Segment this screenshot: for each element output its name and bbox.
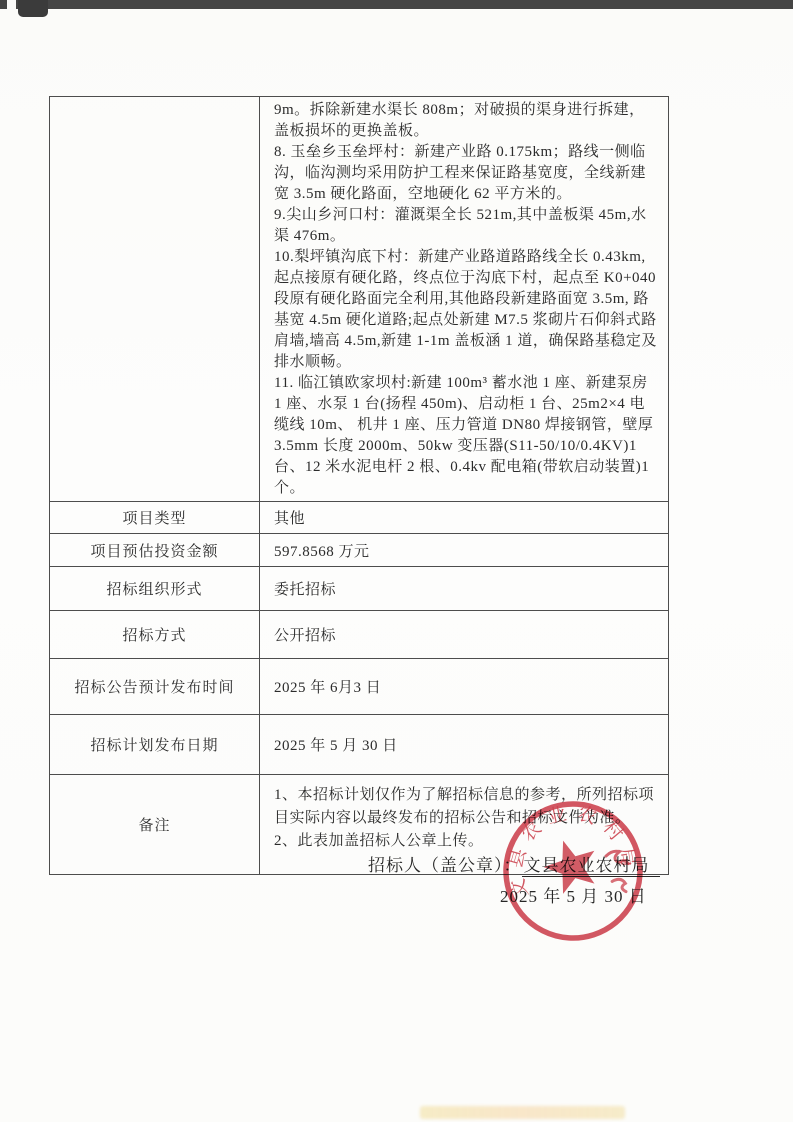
row-label-plan-publish-date: 招标计划发布日期 bbox=[50, 715, 260, 775]
row-value-announcement-date: 2025 年 6月3 日 bbox=[260, 659, 669, 715]
content-label-cell bbox=[50, 97, 260, 502]
scan-edge-artifact bbox=[0, 0, 793, 9]
content-paragraph: 9m。拆除新建水渠长 808m；对破损的渠身进行拆建，盖板损坏的更换盖板。 bbox=[274, 100, 658, 142]
table-row: 9m。拆除新建水渠长 808m；对破损的渠身进行拆建，盖板损坏的更换盖板。 8.… bbox=[50, 97, 669, 502]
row-value-bid-method: 公开招标 bbox=[260, 611, 669, 659]
bid-plan-table: 9m。拆除新建水渠长 808m；对破损的渠身进行拆建，盖板损坏的更换盖板。 8.… bbox=[49, 96, 669, 875]
row-label-remarks: 备注 bbox=[50, 775, 260, 875]
scanned-document-page: 9m。拆除新建水渠长 808m；对破损的渠身进行拆建，盖板损坏的更换盖板。 8.… bbox=[0, 0, 793, 1122]
content-paragraph: 8. 玉垒乡玉垒坪村：新建产业路 0.175km；路线一侧临沟，临沟测均采用防护… bbox=[274, 142, 658, 205]
project-content-cell: 9m。拆除新建水渠长 808m；对破损的渠身进行拆建，盖板损坏的更换盖板。 8.… bbox=[260, 97, 669, 502]
row-value-project-type: 其他 bbox=[260, 502, 669, 534]
remark-line: 1、本招标计划仅作为了解招标信息的参考，所列招标项目实际内容以最终发布的招标公告… bbox=[274, 784, 658, 830]
table-row: 招标方式 公开招标 bbox=[50, 611, 669, 659]
tenderer-name: 文县农业农村局 bbox=[522, 856, 660, 877]
scan-edge-artifact-left bbox=[18, 0, 48, 17]
scan-edge-notch bbox=[7, 0, 16, 9]
row-label-bid-method: 招标方式 bbox=[50, 611, 260, 659]
remark-line: 2、此表加盖招标人公章上传。 bbox=[274, 830, 658, 853]
row-label-estimated-investment: 项目预估投资金额 bbox=[50, 534, 260, 567]
table-row: 招标公告预计发布时间 2025 年 6月3 日 bbox=[50, 659, 669, 715]
row-value-plan-publish-date: 2025 年 5 月 30 日 bbox=[260, 715, 669, 775]
tenderer-label: 招标人（盖公章）： bbox=[368, 856, 522, 875]
row-label-announcement-date: 招标公告预计发布时间 bbox=[50, 659, 260, 715]
table-row: 招标计划发布日期 2025 年 5 月 30 日 bbox=[50, 715, 669, 775]
table-row: 招标组织形式 委托招标 bbox=[50, 567, 669, 611]
signature-date: 2025 年 5 月 30 日 bbox=[500, 882, 660, 907]
content-paragraph: 11. 临江镇欧家坝村:新建 100m³ 蓄水池 1 座、新建泵房 1 座、水泵… bbox=[274, 373, 658, 499]
content-paragraph: 10.梨坪镇沟底下村：新建产业路道路路线全长 0.43km,起点接原有硬化路，终… bbox=[274, 247, 658, 373]
table-row: 项目类型 其他 bbox=[50, 502, 669, 534]
content-paragraph: 9.尖山乡河口村：灌溉渠全长 521m,其中盖板渠 45m,水渠 476m。 bbox=[274, 205, 658, 247]
row-value-estimated-investment: 597.8568 万元 bbox=[260, 534, 669, 567]
scan-smudge-artifact bbox=[420, 1106, 625, 1119]
table-row: 项目预估投资金额 597.8568 万元 bbox=[50, 534, 669, 567]
signature-block: 招标人（盖公章）：文县农业农村局 2025 年 5 月 30 日 bbox=[368, 851, 660, 907]
row-value-org-form: 委托招标 bbox=[260, 567, 669, 611]
tenderer-line: 招标人（盖公章）：文县农业农村局 bbox=[368, 851, 660, 876]
row-label-project-type: 项目类型 bbox=[50, 502, 260, 534]
row-label-org-form: 招标组织形式 bbox=[50, 567, 260, 611]
